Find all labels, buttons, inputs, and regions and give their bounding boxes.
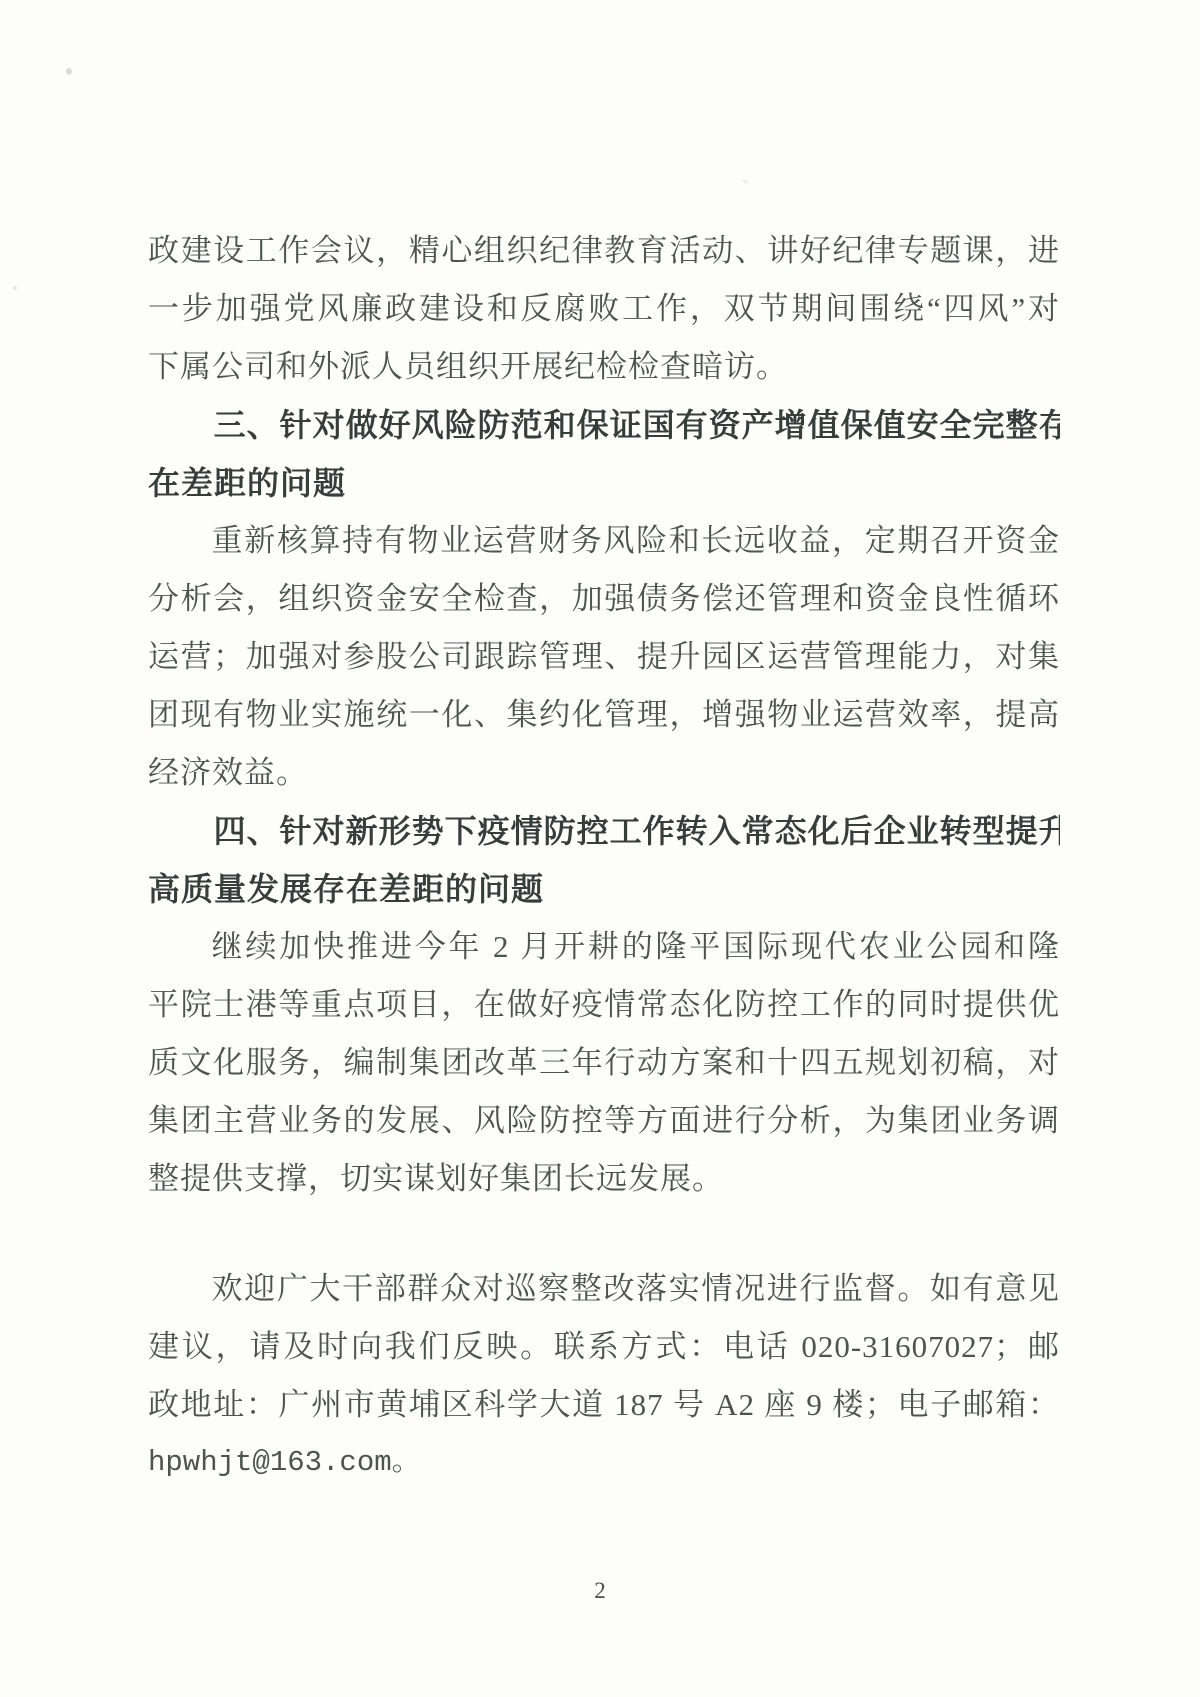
text-line: hpwhjt@163.com。	[148, 1434, 1060, 1492]
text-line: 继续加快推进今年 2 月开耕的隆平国际现代农业公园和隆	[148, 918, 1060, 976]
text-line: 团现有物业实施统一化、集约化管理，增强物业运营效率，提高	[148, 686, 1060, 744]
page-number: 2	[0, 1578, 1200, 1604]
scan-speck	[66, 68, 72, 75]
text-line: 一步加强党风廉政建设和反腐败工作，双节期间围绕“四风”对	[148, 280, 1060, 338]
text-line: 质文化服务，编制集团改革三年行动方案和十四五规划初稿，对	[148, 1034, 1060, 1092]
text-line: 集团主营业务的发展、风险防控等方面进行分析，为集团业务调	[148, 1092, 1060, 1150]
text-line: 平院士港等重点项目，在做好疫情常态化防控工作的同时提供优	[148, 976, 1060, 1034]
document-page: 政建设工作会议，精心组织纪律教育活动、讲好纪律专题课，进一步加强党风廉政建设和反…	[0, 0, 1200, 1697]
text-line: 分析会，组织资金安全检查，加强债务偿还管理和资金良性循环	[148, 570, 1060, 628]
scan-speck	[13, 286, 17, 290]
text-line: 经济效益。	[148, 744, 1060, 802]
text-line: 政建设工作会议，精心组织纪律教育活动、讲好纪律专题课，进	[148, 222, 1060, 280]
section-heading: 四、针对新形势下疫情防控工作转入常态化后企业转型提升高质量发展存在差距的问题	[148, 802, 1060, 918]
text-line: 下属公司和外派人员组织开展纪检检查暗访。	[148, 338, 1060, 396]
text-line: 高质量发展存在差距的问题	[148, 860, 1060, 918]
text-line: 建议，请及时向我们反映。联系方式：电话 020-31607027；邮	[148, 1318, 1060, 1376]
text-line: 重新核算持有物业运营财务风险和长远收益，定期召开资金	[148, 512, 1060, 570]
paragraph: 欢迎广大干部群众对巡察整改落实情况进行监督。如有意见建议，请及时向我们反映。联系…	[148, 1260, 1060, 1492]
text-line: 欢迎广大干部群众对巡察整改落实情况进行监督。如有意见	[148, 1260, 1060, 1318]
page-body-text: 政建设工作会议，精心组织纪律教育活动、讲好纪律专题课，进一步加强党风廉政建设和反…	[148, 222, 1060, 1492]
scan-speck	[742, 179, 750, 185]
text-line: 在差距的问题	[148, 454, 1060, 512]
text-line: 三、针对做好风险防范和保证国有资产增值保值安全完整存	[148, 396, 1060, 454]
section-heading: 三、针对做好风险防范和保证国有资产增值保值安全完整存在差距的问题	[148, 396, 1060, 512]
paragraph: 重新核算持有物业运营财务风险和长远收益，定期召开资金分析会，组织资金安全检查，加…	[148, 512, 1060, 802]
text-line: 四、针对新形势下疫情防控工作转入常态化后企业转型提升	[148, 802, 1060, 860]
paragraph: 政建设工作会议，精心组织纪律教育活动、讲好纪律专题课，进一步加强党风廉政建设和反…	[148, 222, 1060, 396]
text-line: 政地址：广州市黄埔区科学大道 187 号 A2 座 9 楼；电子邮箱：	[148, 1376, 1060, 1434]
text-line: 运营；加强对参股公司跟踪管理、提升园区运营管理能力，对集	[148, 628, 1060, 686]
paragraph: 继续加快推进今年 2 月开耕的隆平国际现代农业公园和隆平院士港等重点项目，在做好…	[148, 918, 1060, 1208]
text-line: 整提供支撑，切实谋划好集团长远发展。	[148, 1150, 1060, 1208]
